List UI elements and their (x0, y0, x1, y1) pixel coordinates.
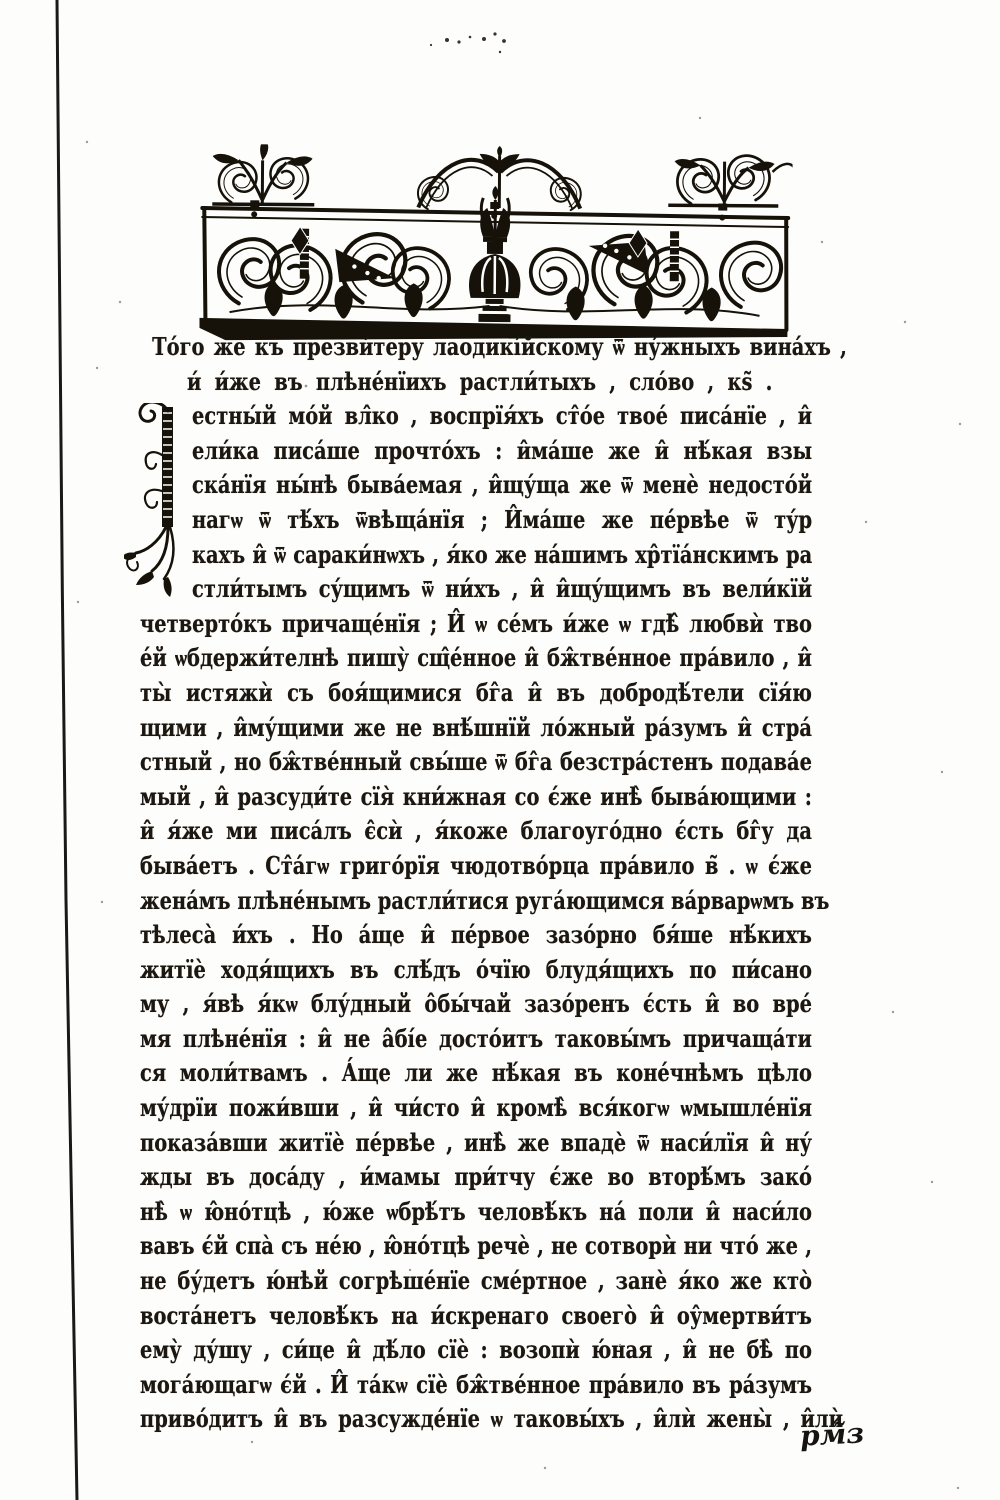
heading-line: То́го же къ презви́теру лаодикі́йскому ѿ… (140, 330, 824, 365)
text-line: приво́дитъ и̂ въ разсужде́нїе ѡ таковы́х… (140, 1402, 812, 1437)
text-line: и̂ я́же ми писа́лъ є̂сѝ , я́коже благоуг… (140, 814, 812, 849)
heading-line: и́ и́же въ плѣне́нїихъ растли́тыхъ , сло… (140, 365, 859, 400)
text-block: То́го же къ презви́теру лаодикі́йскому ѿ… (140, 330, 812, 1437)
text-line: четверто́къ причаще́нїя ; И̂ ѡ се́мъ и́ж… (140, 607, 812, 642)
page-number: рм̃з (799, 1416, 865, 1452)
ornamental-initial: Ч (124, 403, 190, 615)
text-line: вавъ є́й спа̀ съ не́ю , ю̂но́тцѣ речѐ , … (140, 1229, 812, 1264)
text-line: е́й ѡбдержи́телнѣ пишу̀ сщ̂е́нное и̂ бж̂… (140, 641, 812, 676)
text-line: нѣ̀ ѡ ю̂но́тцѣ , ю́же ѡбрѣ́тъ человѣ́къ … (140, 1195, 812, 1230)
text-line: стный , но бж̂тве́нный свы́ше ѿ бг̂а без… (140, 745, 812, 780)
text-line: ему̀ ду́шу , си́це и̂ дѣ́ло сїѐ : возопѝ… (140, 1333, 812, 1368)
text-line: нагѡ ѿ тѣ́хъ ѿвѣща́нїя ; И̂ма́ше же пе́р… (192, 503, 812, 538)
text-line: естны́й мо́й вл̂ко , воспрїя́хъ ст̂о́е т… (192, 399, 812, 434)
text-line: жды въ доса́ду , и́мамы при́тчу є́же во … (140, 1160, 812, 1195)
text-line: ели́ка писа́ше прочто́хъ : и̂ма́ше же и̂… (192, 434, 812, 469)
book-page: То́го же къ презви́теру лаодикі́йскому ѿ… (0, 0, 1000, 1500)
drop-cap-vine-ornament: Ч (124, 403, 190, 615)
text-line: кахъ и̂ ѿ сараки́нѡхъ , я́ко же на́шимъ … (192, 538, 812, 573)
text-line: мый , и̂ разсуди́те сїя̀ кни́жная со є́ж… (140, 780, 812, 815)
text-line: мога́ющагѡ є́й . И̂ та́кѡ сїѐ бж̂тве́нно… (140, 1368, 812, 1403)
text-line: му , я́вѣ я́кѡ блу́дный о̂бы́чай зазо́ре… (140, 987, 812, 1022)
text-line: тѣлеса̀ и́хъ . Но а́ще и̂ пе́рвое зазо́р… (140, 918, 812, 953)
text-line: быва́етъ . Ст̂а́гѡ григо́рїя чюдотво́рца… (140, 849, 812, 884)
text-line: показа́вши житїѐ пе́рвѣе , инѣ̀ же впадѐ… (140, 1126, 812, 1161)
text-line: щими , и̂му́щими же не внѣ́шнїй ло́жный … (140, 711, 812, 746)
text-line: ска́нїя ны́нѣ быва́емая , и̂щу́ща же ѿ м… (192, 468, 812, 503)
text-line: му́дрїи пожи́вши , и̂ чи́сто и̂ кромѣ̀ в… (140, 1091, 812, 1126)
text-line: ся моли́твамъ . А́ще ли же нѣ́кая въ кон… (140, 1056, 812, 1091)
text-line: жена́мъ плѣне́нымъ растли́тися руга́ющим… (140, 884, 812, 919)
text-line: житїѐ ходя́щихъ въ слѣ́дъ о́чїю блудя́щи… (140, 953, 812, 988)
drop-cap-paragraph: Ч естны́й (140, 399, 812, 607)
woodcut-headpiece-ornament (199, 144, 792, 348)
text-line: не бу́детъ ю́нѣй согрѣше́нїе сме́ртное ,… (140, 1264, 812, 1299)
text-line: стли́тымъ су́щимъ ѿ ни́хъ , и̂ и̂щу́щимъ… (192, 572, 812, 607)
text-line: воста́нетъ человѣ́къ на и́скренаго своег… (140, 1299, 812, 1334)
text-line: мя плѣне́нїя : и̂ не а̂бі́е досто́итъ та… (140, 1022, 812, 1057)
text-line: ты̀ истяжѝ съ боя́щимися бг̂а и̂ въ добр… (140, 676, 812, 711)
